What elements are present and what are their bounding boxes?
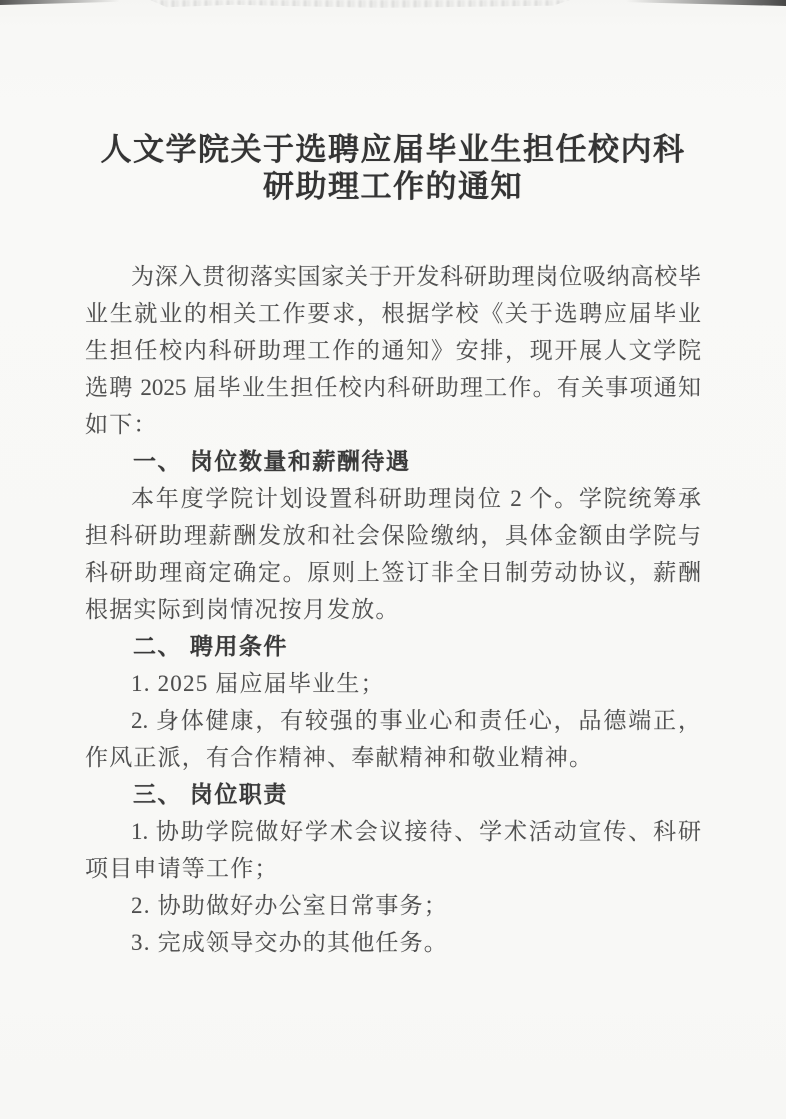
paragraph-line: 担科研助理薪酬发放和社会保险缴纳，具体金额由学院与 — [85, 517, 701, 554]
paragraph-line: 本年度学院计划设置科研助理岗位 2 个。学院统筹承 — [85, 480, 701, 517]
list-item-line: 项目申请等工作； — [85, 850, 701, 887]
document-title: 人文学院关于选聘应届毕业生担任校内科 研助理工作的通知 — [85, 131, 701, 205]
document-title-line1: 人文学院关于选聘应届毕业生担任校内科 — [85, 131, 701, 168]
scan-edge-artifact-right — [626, 0, 786, 6]
paragraph-line: 选聘 2025 届毕业生担任校内科研助理工作。有关事项通知 — [85, 369, 701, 406]
scan-edge-artifact-left — [0, 0, 120, 5]
document-title-line2: 研助理工作的通知 — [85, 168, 701, 205]
paragraph-line: 为深入贯彻落实国家关于开发科研助理岗位吸纳高校毕 — [85, 258, 701, 295]
section-heading-2: 二、 聘用条件 — [85, 628, 701, 665]
scan-smudge-artifact — [150, 0, 570, 8]
section-heading-1: 一、 岗位数量和薪酬待遇 — [85, 443, 701, 480]
list-item-line: 2. 协助做好办公室日常事务； — [85, 887, 701, 924]
document-body: 为深入贯彻落实国家关于开发科研助理岗位吸纳高校毕 业生就业的相关工作要求，根据学… — [85, 258, 701, 961]
paragraph-line: 如下： — [85, 406, 701, 443]
section-heading-3: 三、 岗位职责 — [85, 776, 701, 813]
scanned-notice-page: 人文学院关于选聘应届毕业生担任校内科 研助理工作的通知 为深入贯彻落实国家关于开… — [0, 0, 786, 1119]
list-item-line: 作风正派，有合作精神、奉献精神和敬业精神。 — [85, 739, 701, 776]
paragraph-line: 业生就业的相关工作要求，根据学校《关于选聘应届毕业 — [85, 295, 701, 332]
paragraph-line: 根据实际到岗情况按月发放。 — [85, 591, 701, 628]
list-item-line: 3. 完成领导交办的其他任务。 — [85, 924, 701, 961]
list-item-line: 2. 身体健康，有较强的事业心和责任心，品德端正， — [85, 702, 701, 739]
paragraph-line: 科研助理商定确定。原则上签订非全日制劳动协议，薪酬 — [85, 554, 701, 591]
list-item-line: 1. 协助学院做好学术会议接待、学术活动宣传、科研 — [85, 813, 701, 850]
paragraph-line: 生担任校内科研助理工作的通知》安排，现开展人文学院 — [85, 332, 701, 369]
list-item-line: 1. 2025 届应届毕业生； — [85, 665, 701, 702]
document-content: 人文学院关于选聘应届毕业生担任校内科 研助理工作的通知 为深入贯彻落实国家关于开… — [85, 131, 701, 961]
